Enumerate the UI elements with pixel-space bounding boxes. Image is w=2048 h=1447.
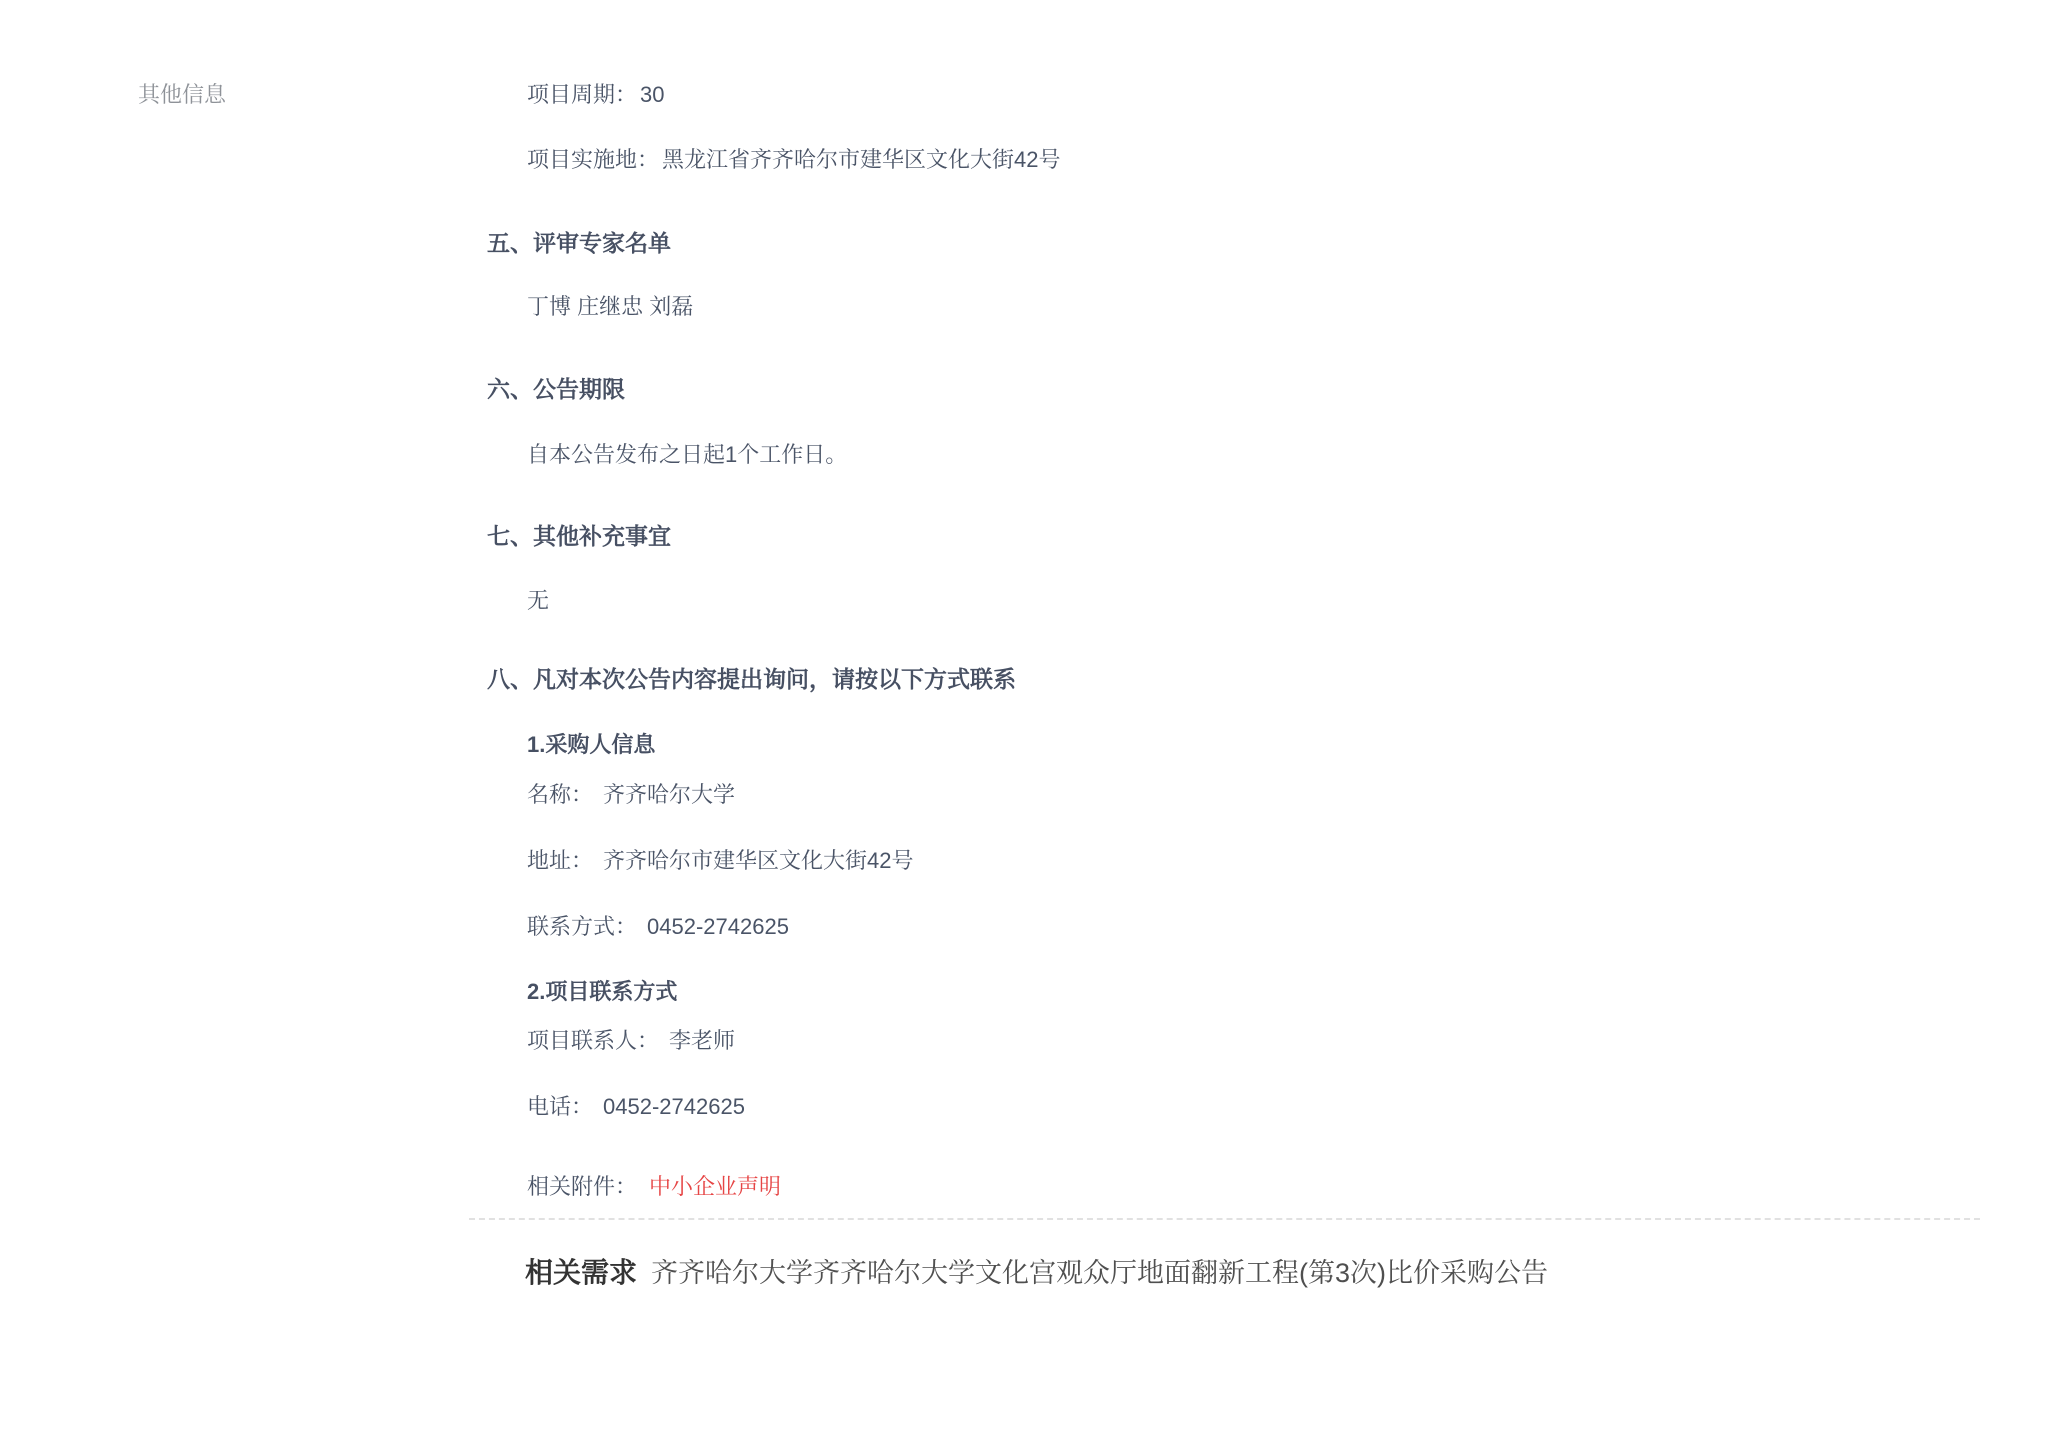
purchaser-name-value: 齐齐哈尔大学 <box>603 782 735 807</box>
supplementary-text: 无 <box>527 586 549 616</box>
purchaser-name-row: 名称：齐齐哈尔大学 <box>527 780 735 810</box>
section-heading-supplementary: 七、其他补充事宜 <box>487 521 671 551</box>
purchaser-phone-value: 0452-2742625 <box>647 914 789 939</box>
project-contact-title: 2.项目联系方式 <box>527 977 677 1007</box>
related-demand-label: 相关需求 <box>525 1257 637 1288</box>
purchaser-address-row: 地址：齐齐哈尔市建华区文化大街42号 <box>527 846 914 876</box>
project-contact-person-label: 项目联系人： <box>527 1028 659 1053</box>
purchaser-phone-row: 联系方式：0452-2742625 <box>527 912 789 942</box>
dashed-divider <box>469 1218 1980 1220</box>
project-location-row: 项目实施地：黑龙江省齐齐哈尔市建华区文化大街42号 <box>527 145 1061 175</box>
purchaser-name-label: 名称： <box>527 782 593 807</box>
purchaser-address-value: 齐齐哈尔市建华区文化大街42号 <box>603 848 913 873</box>
experts-list: 丁博 庄继忠 刘磊 <box>527 292 693 322</box>
other-info-label: 其他信息 <box>138 80 226 110</box>
section-heading-contact: 八、凡对本次公告内容提出询问，请按以下方式联系 <box>487 664 1016 694</box>
purchaser-info-title: 1.采购人信息 <box>527 730 655 760</box>
related-demand-row: 相关需求齐齐哈尔大学齐齐哈尔大学文化宫观众厅地面翻新工程(第3次)比价采购公告 <box>525 1255 1548 1296</box>
section-heading-notice-period: 六、公告期限 <box>487 374 625 404</box>
section-heading-experts: 五、评审专家名单 <box>487 228 671 258</box>
notice-period-text: 自本公告发布之日起1个工作日。 <box>527 440 847 470</box>
attachment-label: 相关附件： <box>527 1174 637 1199</box>
related-demand-link[interactable]: 齐齐哈尔大学齐齐哈尔大学文化宫观众厅地面翻新工程(第3次)比价采购公告 <box>651 1258 1548 1288</box>
project-contact-phone-value: 0452-2742625 <box>603 1094 745 1119</box>
project-period-value: 30 <box>640 82 664 107</box>
announcement-page: { "meta": { "label": "其他信息" }, "other_in… <box>0 0 2048 1447</box>
project-period-row: 项目周期：30 <box>527 80 665 110</box>
project-contact-phone-label: 电话： <box>527 1094 593 1119</box>
project-contact-person-value: 李老师 <box>669 1028 735 1053</box>
purchaser-address-label: 地址： <box>527 848 593 873</box>
project-contact-person-row: 项目联系人：李老师 <box>527 1026 735 1056</box>
project-location-label: 项目实施地： <box>527 147 659 172</box>
purchaser-phone-label: 联系方式： <box>527 914 637 939</box>
project-contact-phone-row: 电话：0452-2742625 <box>527 1092 745 1122</box>
project-location-value: 黑龙江省齐齐哈尔市建华区文化大街42号 <box>662 147 1060 172</box>
attachment-row: 相关附件：中小企业声明 <box>527 1172 781 1202</box>
attachment-link[interactable]: 中小企业声明 <box>649 1174 781 1199</box>
project-period-label: 项目周期： <box>527 82 637 107</box>
